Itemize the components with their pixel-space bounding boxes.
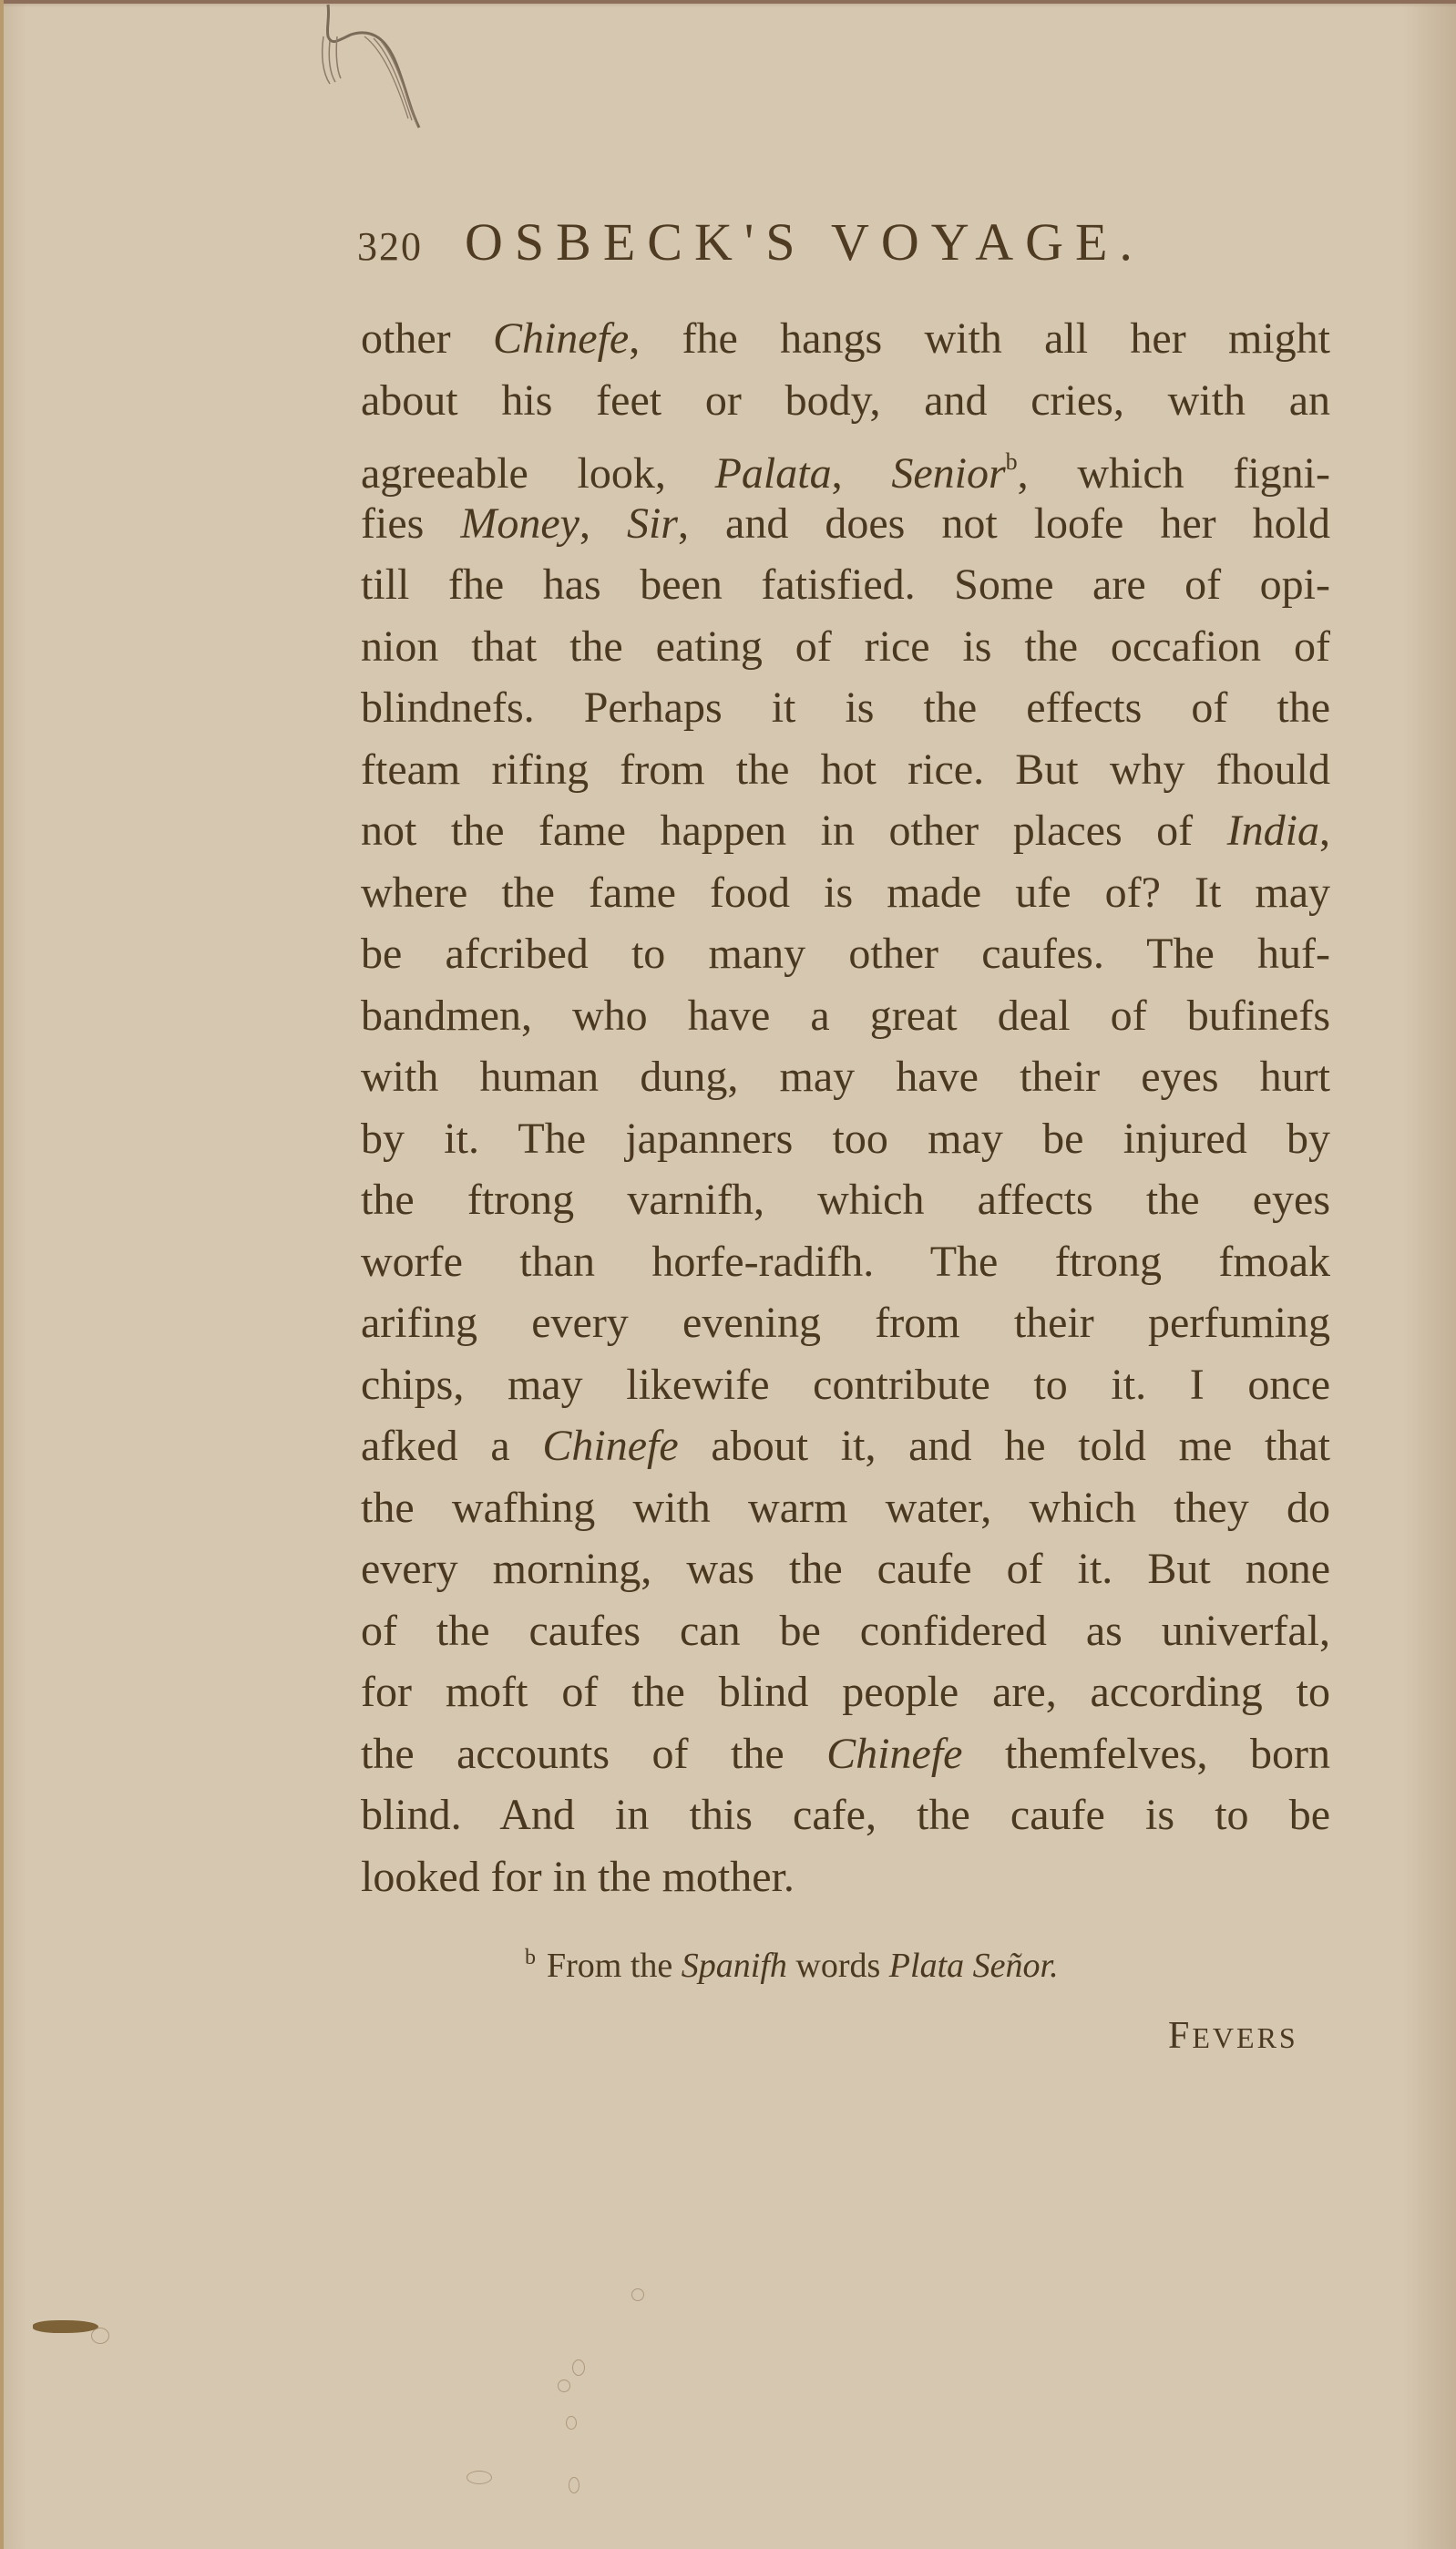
- page-top-edge: [0, 0, 1456, 4]
- italic-term: India: [1227, 807, 1319, 855]
- text-line: not the fame happen in other places of I…: [361, 800, 1330, 862]
- catchword: FEVERS: [1168, 2014, 1298, 2058]
- text-line: for moft of the blind people are, accord…: [361, 1661, 1330, 1723]
- text-line: till fhe has been fatisfied. Some are of…: [361, 554, 1330, 616]
- text-line: blindnefs. Perhaps it is the effects of …: [361, 677, 1330, 739]
- footnote-spanish: Spanifh: [682, 1947, 787, 1985]
- italic-term: Sir: [627, 499, 678, 548]
- italic-term: Chinefe: [542, 1422, 678, 1470]
- foxing-spot: [467, 2471, 492, 2484]
- footnote-middle: words: [787, 1947, 889, 1985]
- footnote-phrase: Plata Señor.: [889, 1947, 1059, 1985]
- running-title: OSBECK'S VOYAGE.: [465, 211, 1144, 272]
- text-line: nion that the eating of rice is the occa…: [361, 616, 1330, 678]
- text-line: fies Money, Sir, and does not loofe her …: [361, 493, 1330, 555]
- text-line: every morning, was the caufe of it. But …: [361, 1538, 1330, 1600]
- catchword-initial: F: [1168, 2015, 1192, 2057]
- text-line: looked for in the mother.: [361, 1846, 1330, 1908]
- italic-term: Money: [460, 499, 579, 548]
- text-line: worfe than horfe-radifh. The ftrong fmoa…: [361, 1231, 1330, 1293]
- text-line: chips, may likewife contribute to it. I …: [361, 1354, 1330, 1416]
- page-left-edge: [0, 0, 4, 2549]
- foxing-spot: [91, 2328, 109, 2344]
- text-line: with human dung, may have their eyes hur…: [361, 1046, 1330, 1108]
- text-line: fteam rifing from the hot rice. But why …: [361, 739, 1330, 801]
- text-line: the accounts of the Chinefe themfelves, …: [361, 1723, 1330, 1785]
- foxing-spot: [566, 2416, 577, 2430]
- book-page: 320 OSBECK'S VOYAGE. other Chinefe, fhe …: [0, 0, 1456, 2549]
- text-line: of the caufes can be confidered as unive…: [361, 1600, 1330, 1662]
- italic-term: Chinefe: [826, 1730, 962, 1778]
- text-line: about his feet or body, and cries, with …: [361, 370, 1330, 432]
- catchword-rest: EVERS: [1192, 2021, 1297, 2054]
- foxing-spot: [569, 2477, 579, 2493]
- bookmark-ribbon-icon: [310, 0, 456, 137]
- italic-term: Palata: [715, 449, 832, 498]
- text-line: arifing every evening from their perfumi…: [361, 1292, 1330, 1354]
- text-line: be afcribed to many other caufes. The hu…: [361, 923, 1330, 985]
- text-line: by it. The japanners too may be injured …: [361, 1108, 1330, 1170]
- footnote-mark: b: [525, 1946, 536, 1969]
- foxing-spot: [631, 2288, 644, 2301]
- running-header: 320 OSBECK'S VOYAGE.: [357, 211, 1341, 275]
- foxing-spot: [558, 2379, 570, 2392]
- italic-term: Senior: [891, 449, 1005, 498]
- footnote-reference: b: [1006, 448, 1018, 475]
- footnote-prefix: From the: [547, 1947, 682, 1985]
- text-line: blind. And in this cafe, the caufe is to…: [361, 1784, 1330, 1846]
- italic-term: Chinefe: [493, 314, 629, 363]
- foxing-spot: [572, 2359, 585, 2376]
- text-line: bandmen, who have a great deal of bufine…: [361, 985, 1330, 1047]
- body-text: other Chinefe, fhe hangs with all her mi…: [361, 308, 1330, 1907]
- text-line: afked a Chinefe about it, and he told me…: [361, 1415, 1330, 1477]
- page-number: 320: [357, 223, 423, 270]
- text-line: the wafhing with warm water, which they …: [361, 1477, 1330, 1539]
- footnote: bFrom the Spanifh words Plata Señor.: [525, 1946, 1059, 1986]
- ink-blot: [33, 2320, 98, 2333]
- text-line: where the fame food is made ufe of? It m…: [361, 862, 1330, 924]
- text-line: agreeable look, Palata, Seniorb, which f…: [361, 431, 1330, 493]
- text-line: other Chinefe, fhe hangs with all her mi…: [361, 308, 1330, 370]
- text-line: the ftrong varnifh, which affects the ey…: [361, 1169, 1330, 1231]
